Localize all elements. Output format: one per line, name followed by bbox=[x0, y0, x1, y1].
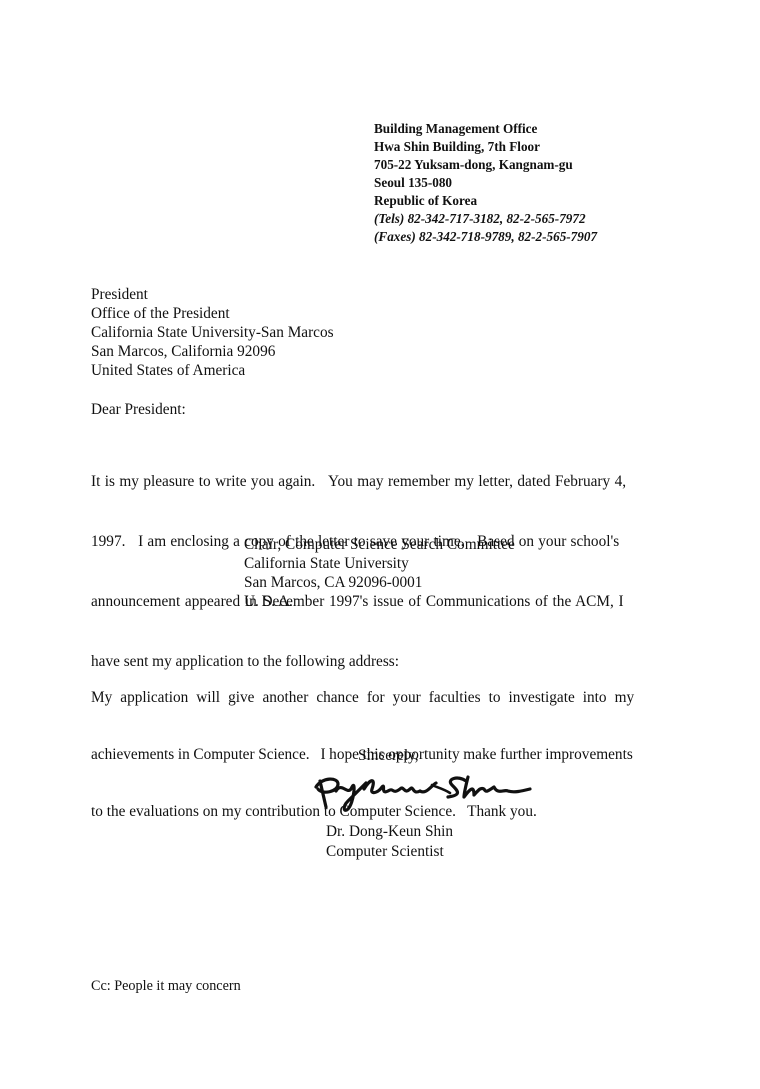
recipient-address-block: President Office of the President Califo… bbox=[91, 285, 334, 380]
sender-telephones: (Tels) 82-342-717-3182, 82-2-565-7972 bbox=[374, 210, 597, 228]
forward-line-university: California State University bbox=[244, 554, 515, 573]
sender-address-block: Building Management Office Hwa Shin Buil… bbox=[374, 120, 597, 246]
signer-name: Dr. Dong-Keun Shin bbox=[326, 822, 453, 841]
sender-line-street: 705-22 Yuksam-dong, Kangnam-gu bbox=[374, 156, 597, 174]
recipient-line-title: President bbox=[91, 285, 334, 304]
sender-faxes: (Faxes) 82-342-718-9789, 82-2-565-7907 bbox=[374, 228, 597, 246]
sender-line-city: Seoul 135-080 bbox=[374, 174, 597, 192]
cc-line: Cc: People it may concern bbox=[91, 977, 241, 995]
sender-line-office: Building Management Office bbox=[374, 120, 597, 138]
sender-line-building: Hwa Shin Building, 7th Floor bbox=[374, 138, 597, 156]
forward-line-committee: Chair, Computer Science Search Committee bbox=[244, 535, 515, 554]
signer-title: Computer Scientist bbox=[326, 842, 444, 861]
paragraph-2-line: My application will give another chance … bbox=[91, 688, 634, 707]
recipient-line-institution: California State University-San Marcos bbox=[91, 323, 334, 342]
valediction: Sincerely, bbox=[358, 746, 419, 765]
salutation: Dear President: bbox=[91, 400, 186, 419]
signature-image bbox=[308, 767, 538, 817]
recipient-line-office: Office of the President bbox=[91, 304, 334, 323]
sender-line-country: Republic of Korea bbox=[374, 192, 597, 210]
paragraph-1-line: It is my pleasure to write you again. Yo… bbox=[91, 472, 626, 492]
forward-line-country: U. S. A. bbox=[244, 592, 515, 611]
recipient-line-city: San Marcos, California 92096 bbox=[91, 342, 334, 361]
forwarding-address-block: Chair, Computer Science Search Committee… bbox=[244, 535, 515, 611]
forward-line-city: San Marcos, CA 92096-0001 bbox=[244, 573, 515, 592]
recipient-line-country: United States of America bbox=[91, 361, 334, 380]
handwritten-signature-icon bbox=[308, 767, 538, 817]
